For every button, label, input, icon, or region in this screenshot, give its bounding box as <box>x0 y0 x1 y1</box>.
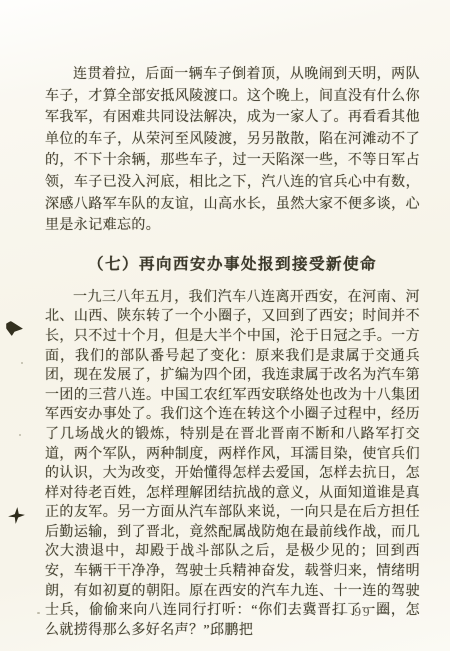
scanned-book-page: 连贯着拉，后面一辆车子倒着顶，从晚闹到天明，两队车子，才算全部安抵风陵渡口。这个… <box>0 0 450 651</box>
page-number: — 99 — <box>328 604 398 620</box>
paper-speck <box>37 612 40 614</box>
paper-speck <box>19 434 21 436</box>
paper-speck <box>21 362 23 364</box>
star-ink-blot-icon <box>8 507 25 524</box>
paragraph-second: 一九三八年五月，我们汽车八连离开西安，在河南、河北、山西、陕东转了一个小圈子，又… <box>45 288 420 641</box>
section-heading: （七）再向西安办事处报到接受新使命 <box>45 252 420 274</box>
paragraph-first: 连贯着拉，后面一辆车子倒着顶，从晚闹到天明，两队车子，才算全部安抵风陵渡口。这个… <box>45 64 420 237</box>
triangle-ink-blot-icon <box>6 321 23 336</box>
page-content: 连贯着拉，后面一辆车子倒着顶，从晚闹到天明，两队车子，才算全部安抵风陵渡口。这个… <box>45 64 420 640</box>
